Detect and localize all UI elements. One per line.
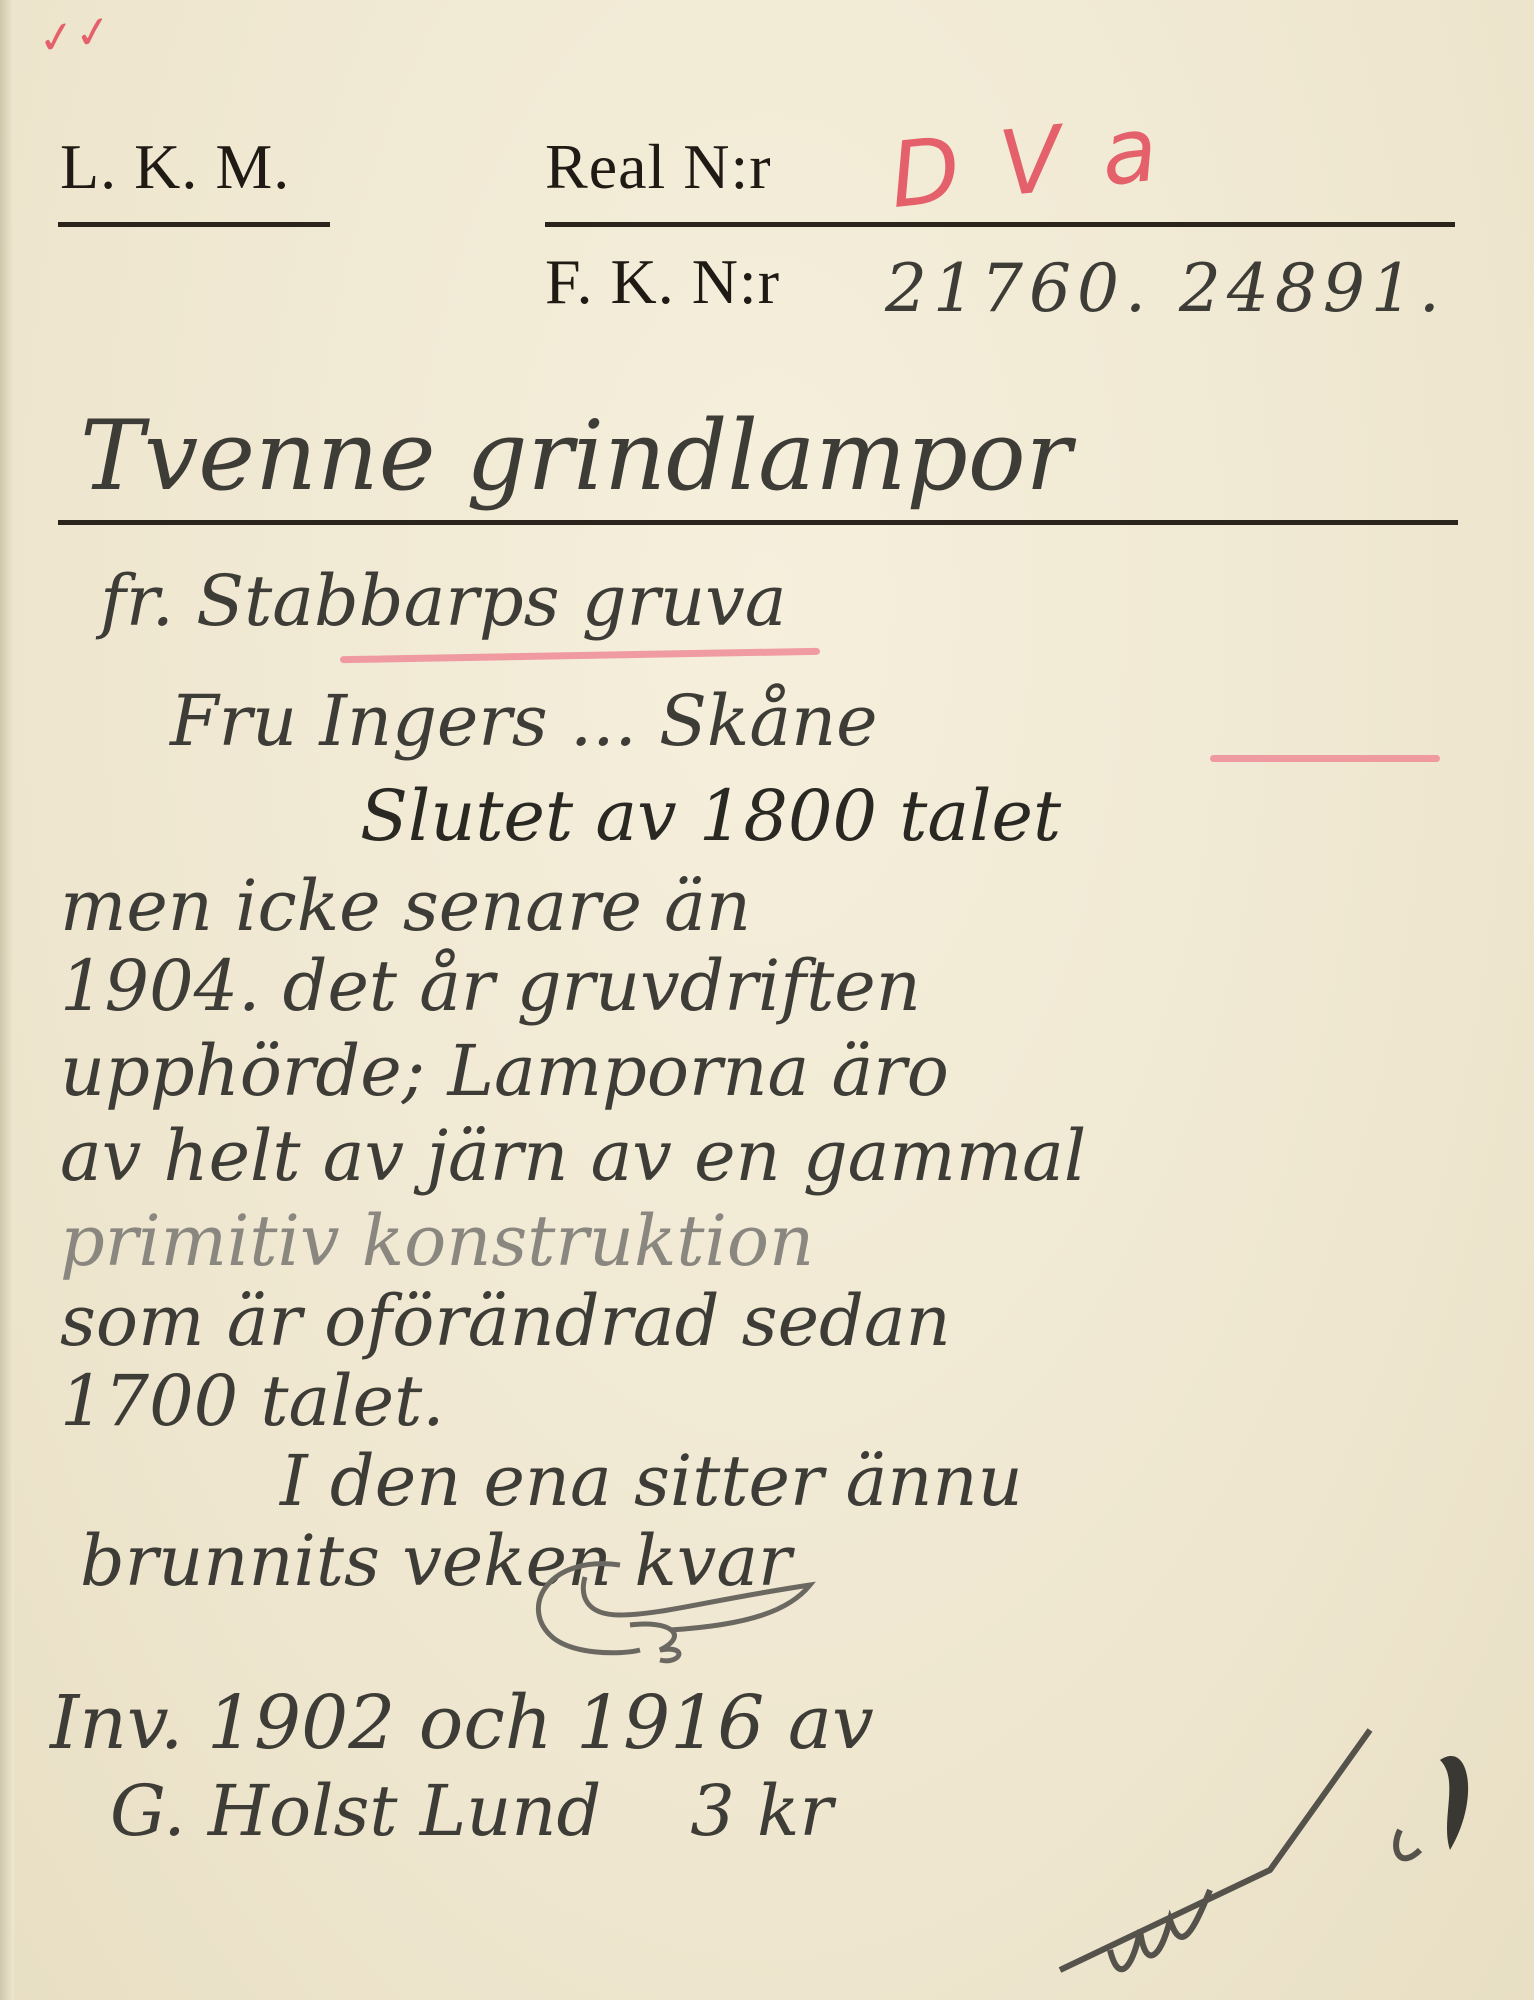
title-rule bbox=[58, 520, 1458, 525]
body-line-8: primitiv konstruktion bbox=[60, 1200, 814, 1282]
monogram-signature bbox=[510, 1555, 830, 1665]
body-line-4: men icke senare än bbox=[60, 865, 751, 947]
body-line-5: 1904. det år gruvdriften bbox=[60, 945, 921, 1027]
fk-number-label: F. K. N:r bbox=[545, 245, 780, 319]
inventory-line-1: Inv. 1902 och 1916 av bbox=[50, 1680, 874, 1766]
body-line-10: 1700 talet. bbox=[60, 1360, 444, 1442]
body-line-6: upphörde; Lamporna äro bbox=[60, 1030, 949, 1112]
red-checkmarks: ✓✓ bbox=[35, 5, 115, 66]
body-line-9: som är oförändrad sedan bbox=[60, 1280, 951, 1362]
real-number-label: Real N:r bbox=[545, 130, 772, 204]
body-line-7: av helt av järn av en gammal bbox=[60, 1115, 1086, 1197]
fk-number-value: 21760. 24891. bbox=[885, 250, 1446, 327]
document-title: Tvenne grindlampor bbox=[80, 400, 1072, 512]
body-line-1: fr. Stabbarps gruva bbox=[100, 560, 786, 642]
body-line-2: Fru Ingers ... Skåne bbox=[170, 680, 878, 762]
body-line-3: Slutet av 1800 talet bbox=[360, 775, 1061, 857]
institution-rule bbox=[58, 222, 330, 227]
institution-label: L. K. M. bbox=[60, 130, 290, 204]
paper-edge bbox=[0, 0, 14, 2000]
inventory-line-2: G. Holst Lund 3 kr bbox=[110, 1770, 833, 1852]
red-underline-skane bbox=[1210, 755, 1440, 762]
header-rule bbox=[545, 222, 1455, 227]
diagonal-signature bbox=[1040, 1720, 1500, 2000]
body-line-11: I den ena sitter ännu bbox=[280, 1440, 1023, 1522]
